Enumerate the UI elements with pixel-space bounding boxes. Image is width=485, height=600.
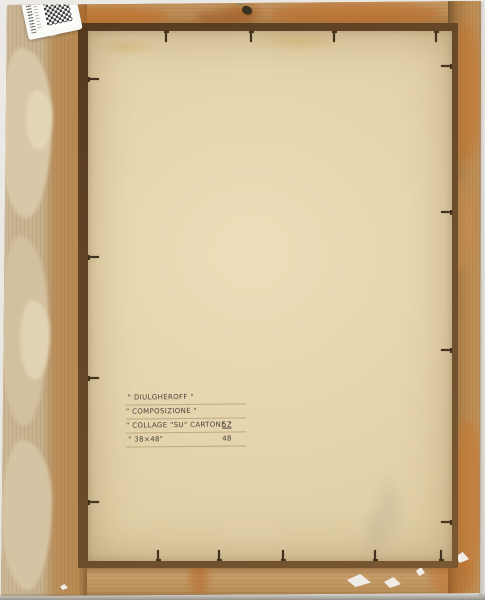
staple — [441, 349, 452, 351]
staple — [435, 31, 437, 42]
staple — [88, 78, 99, 80]
inscription-number: 48 — [222, 433, 232, 446]
staple — [218, 550, 220, 561]
wood-frame: " DIULGHEROFF " " COMPOSIZIONE " " COLLA… — [0, 0, 485, 600]
inscription-line-artist: " DIULGHEROFF " — [126, 390, 246, 405]
inscription-line-title: " COMPOSIZIONE " — [126, 404, 246, 419]
photo-background: " DIULGHEROFF " " COMPOSIZIONE " " COLLA… — [0, 0, 485, 600]
inscription-text: " DIULGHEROFF " — [126, 393, 194, 402]
cast-shadow — [479, 2, 485, 596]
staple — [441, 521, 452, 523]
staple — [88, 377, 99, 379]
inscription-line-medium: " COLLAGE "SU" CARTONE " 52 — [126, 418, 246, 433]
staple — [165, 31, 167, 42]
staple — [374, 550, 376, 561]
inscription-text: " 38×48" — [126, 435, 163, 443]
backing-board: " DIULGHEROFF " " COMPOSIZIONE " " COLLA… — [88, 31, 452, 561]
nail-head-icon — [237, 1, 242, 6]
staple — [440, 550, 442, 561]
staple — [88, 501, 99, 503]
staple — [441, 211, 452, 213]
drop-shadow — [0, 593, 485, 600]
inscription-text: " COMPOSIZIONE " — [126, 407, 197, 416]
inscription-text: " COLLAGE "SU" CARTONE " — [126, 421, 232, 430]
qr-code-icon — [42, 0, 73, 26]
staple — [88, 256, 99, 258]
staple — [157, 550, 159, 561]
staple — [333, 31, 335, 42]
inscription-line-size: " 38×48" 48 — [126, 432, 246, 447]
artist-inscription: " DIULGHEROFF " " COMPOSIZIONE " " COLLA… — [126, 390, 247, 447]
staple — [441, 65, 452, 67]
staple — [250, 31, 252, 42]
staple — [282, 550, 284, 561]
inscription-number: 52 — [222, 419, 232, 432]
